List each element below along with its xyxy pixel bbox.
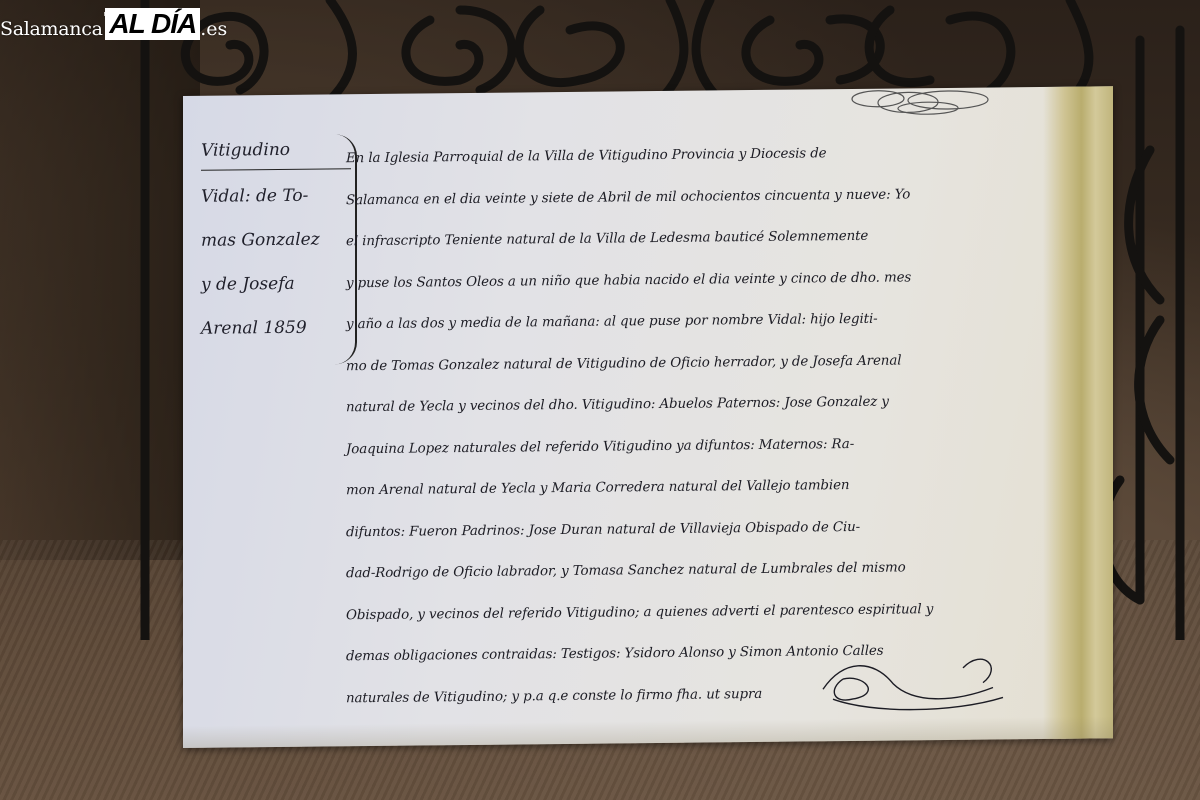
record-line: mo de Tomas Gonzalez natural de Vitigudi… xyxy=(346,338,1046,387)
margin-note: Vitigudino Vidal: de To- mas Gonzalez y … xyxy=(201,132,341,350)
salamanca-al-dia-watermark: Salamanca rtv AL DÍA .es xyxy=(0,6,227,40)
watermark-logo-box: AL DÍA xyxy=(105,8,200,40)
record-body-text: En la Iglesia Parroquial de la Villa de … xyxy=(346,131,1046,719)
margin-note-line: Arenal 1859 xyxy=(201,305,341,350)
record-line: y año a las dos y media de la mañana: al… xyxy=(346,297,1046,346)
record-line: y puse los Santos Oleos a un niño que ha… xyxy=(346,255,1046,304)
signature-rubric-icon xyxy=(813,647,1013,719)
margin-note-line: Vidal: de To- xyxy=(201,173,341,218)
record-line: Joaquina Lopez naturales del referido Vi… xyxy=(346,421,1046,470)
record-line: natural de Yecla y vecinos del dho. Viti… xyxy=(346,380,1046,429)
watermark-brand: Salamanca xyxy=(0,18,103,40)
watermark-tld: .es xyxy=(200,18,227,40)
header-flourish-icon xyxy=(848,85,998,117)
record-line: difuntos: Fueron Padrinos: Jose Duran na… xyxy=(346,504,1046,553)
margin-note-title: Vitigudino xyxy=(201,132,351,171)
record-line: En la Iglesia Parroquial de la Villa de … xyxy=(346,131,1046,180)
record-line: Salamanca en el dia veinte y siete de Ab… xyxy=(346,172,1046,221)
margin-note-line: mas Gonzalez xyxy=(201,217,341,262)
aged-paper-edge xyxy=(1043,86,1113,739)
record-line: el infrascripto Teniente natural de la V… xyxy=(346,214,1046,263)
baptism-record-document: Vitigudino Vidal: de To- mas Gonzalez y … xyxy=(183,86,1113,748)
margin-note-line: y de Josefa xyxy=(201,261,341,306)
record-line: dad-Rodrigo de Oficio labrador, y Tomasa… xyxy=(346,546,1046,595)
record-line: mon Arenal natural de Yecla y Maria Corr… xyxy=(346,463,1046,512)
watermark-rtv: rtv xyxy=(104,11,112,18)
record-line: Obispado, y vecinos del referido Vitigud… xyxy=(346,587,1046,636)
